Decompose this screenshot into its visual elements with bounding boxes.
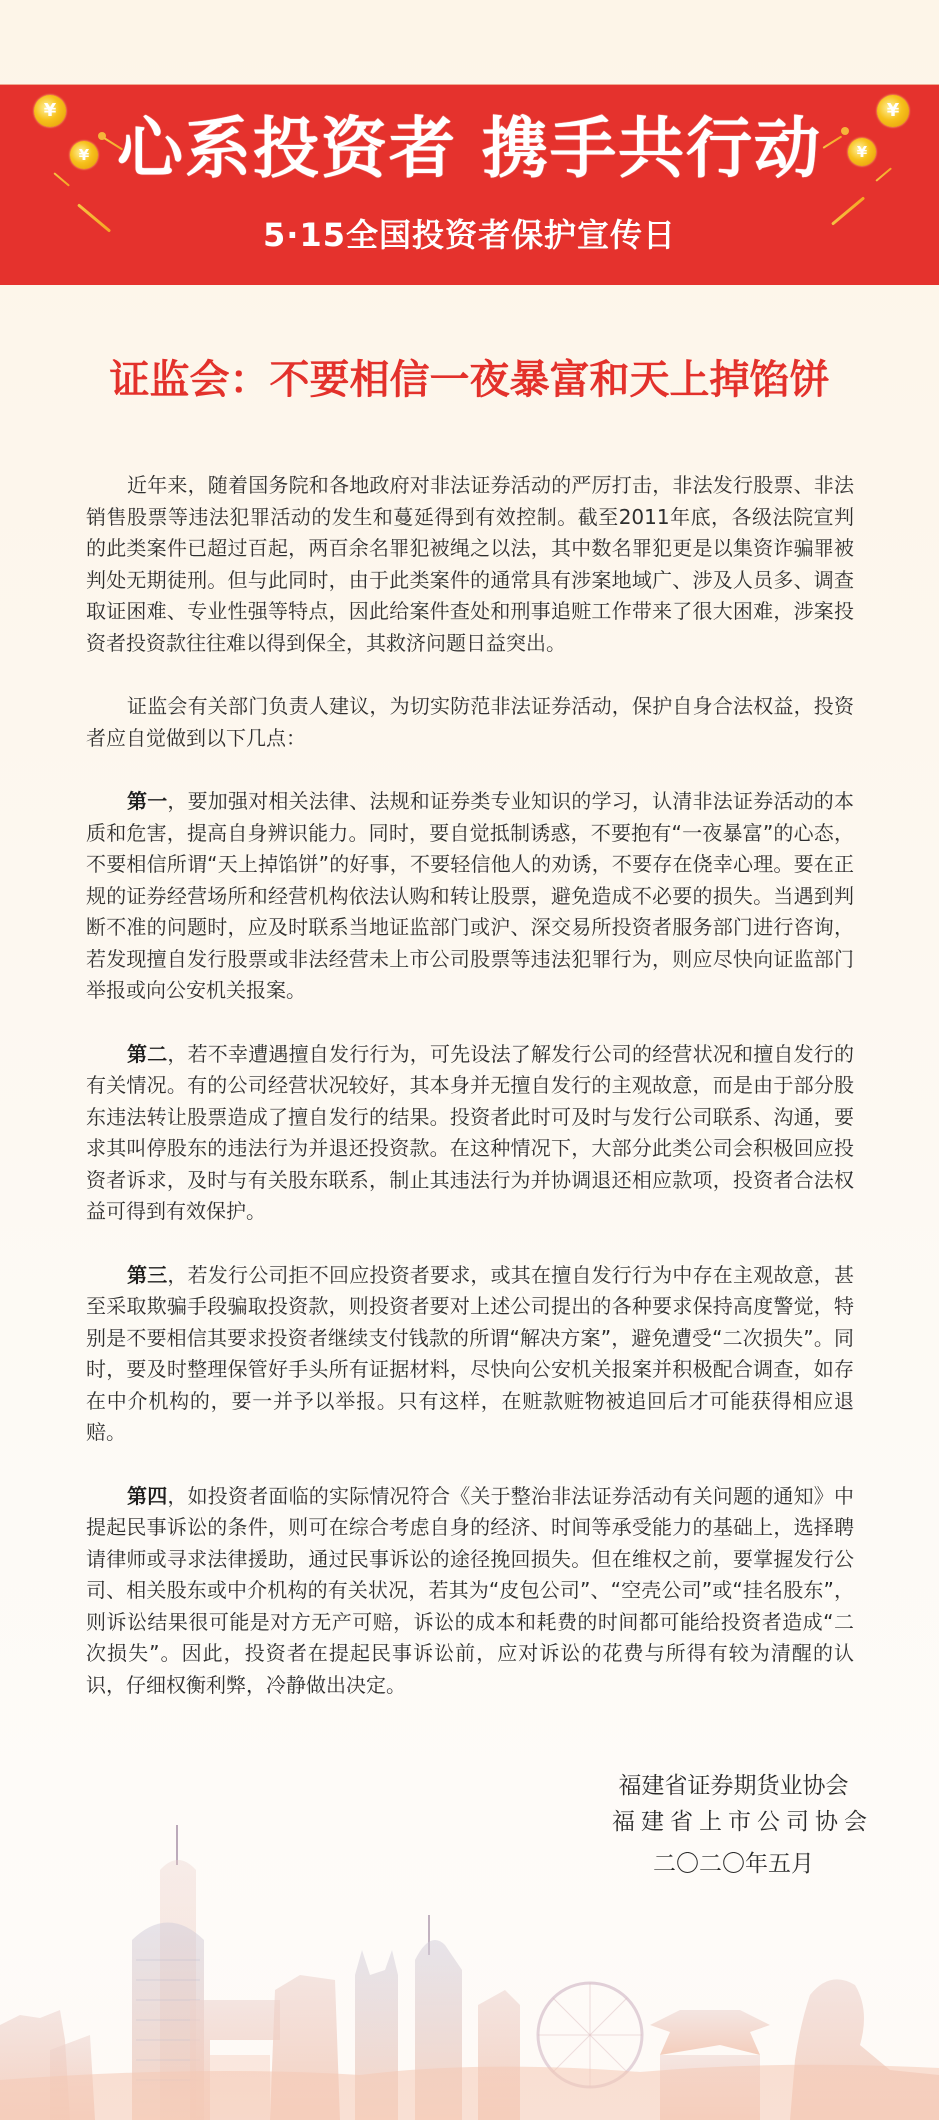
paragraph-lead: 第三 (127, 1263, 167, 1287)
signature-org-securities-futures: 福建省证券期货业协会 (612, 1768, 855, 1804)
article-paragraph: 第四，如投资者面临的实际情况符合《关于整治非法证券活动有关问题的通知》中提起民事… (86, 1481, 854, 1702)
paragraph-lead: 第二 (127, 1042, 167, 1066)
banner-subheadline: 5·15全国投资者保护宣传日 (0, 213, 939, 257)
article-title: 证监会：不要相信一夜暴富和天上掉馅饼 (0, 352, 939, 408)
signature-org-listed-companies: 福建省上市公司协会 (612, 1804, 861, 1840)
paragraph-text: 证监会有关部门负责人建议，为切实防范非法证券活动，保护自身合法权益，投资者应自觉… (86, 694, 854, 750)
paragraph-text: ，若不幸遭遇擅自发行行为，可先设法了解发行公司的经营状况和擅自发行的有关情况。有… (86, 1042, 854, 1224)
signature-date: 二〇二〇年五月 (612, 1846, 855, 1882)
article-paragraph: 证监会有关部门负责人建议，为切实防范非法证券活动，保护自身合法权益，投资者应自觉… (86, 691, 854, 754)
banner-headline: 心系投资者 携手共行动 (0, 109, 939, 189)
article-paragraph: 第二，若不幸遭遇擅自发行行为，可先设法了解发行公司的经营状况和擅自发行的有关情况… (86, 1039, 854, 1228)
article-body: 近年来，随着国务院和各地政府对非法证券活动的严厉打击，非法发行股票、非法销售股票… (86, 470, 854, 1733)
paragraph-text: 近年来，随着国务院和各地政府对非法证券活动的严厉打击，非法发行股票、非法销售股票… (86, 473, 854, 655)
signature-block: 福建省证券期货业协会 福建省上市公司协会 二〇二〇年五月 (612, 1768, 855, 1882)
header-banner: ¥ ¥ ¥ ¥ 心系投资者 携手共行动 5·15全国投资者保护宣传日 (0, 84, 939, 285)
paragraph-lead: 第一 (127, 789, 167, 813)
article-paragraph: 第一，要加强对相关法律、法规和证券类专业知识的学习，认清非法证券活动的本质和危害… (86, 786, 854, 1007)
article-paragraph: 第三，若发行公司拒不回应投资者要求，或其在擅自发行行为中存在主观故意，甚至采取欺… (86, 1260, 854, 1449)
paragraph-text: ，如投资者面临的实际情况符合《关于整治非法证券活动有关问题的通知》中提起民事诉讼… (86, 1484, 854, 1697)
article-paragraph: 近年来，随着国务院和各地政府对非法证券活动的严厉打击，非法发行股票、非法销售股票… (86, 470, 854, 659)
paragraph-lead: 第四 (127, 1484, 167, 1508)
paragraph-text: ，要加强对相关法律、法规和证券类专业知识的学习，认清非法证券活动的本质和危害，提… (86, 789, 854, 1002)
paragraph-text: ，若发行公司拒不回应投资者要求，或其在擅自发行行为中存在主观故意，甚至采取欺骗手… (86, 1263, 854, 1445)
